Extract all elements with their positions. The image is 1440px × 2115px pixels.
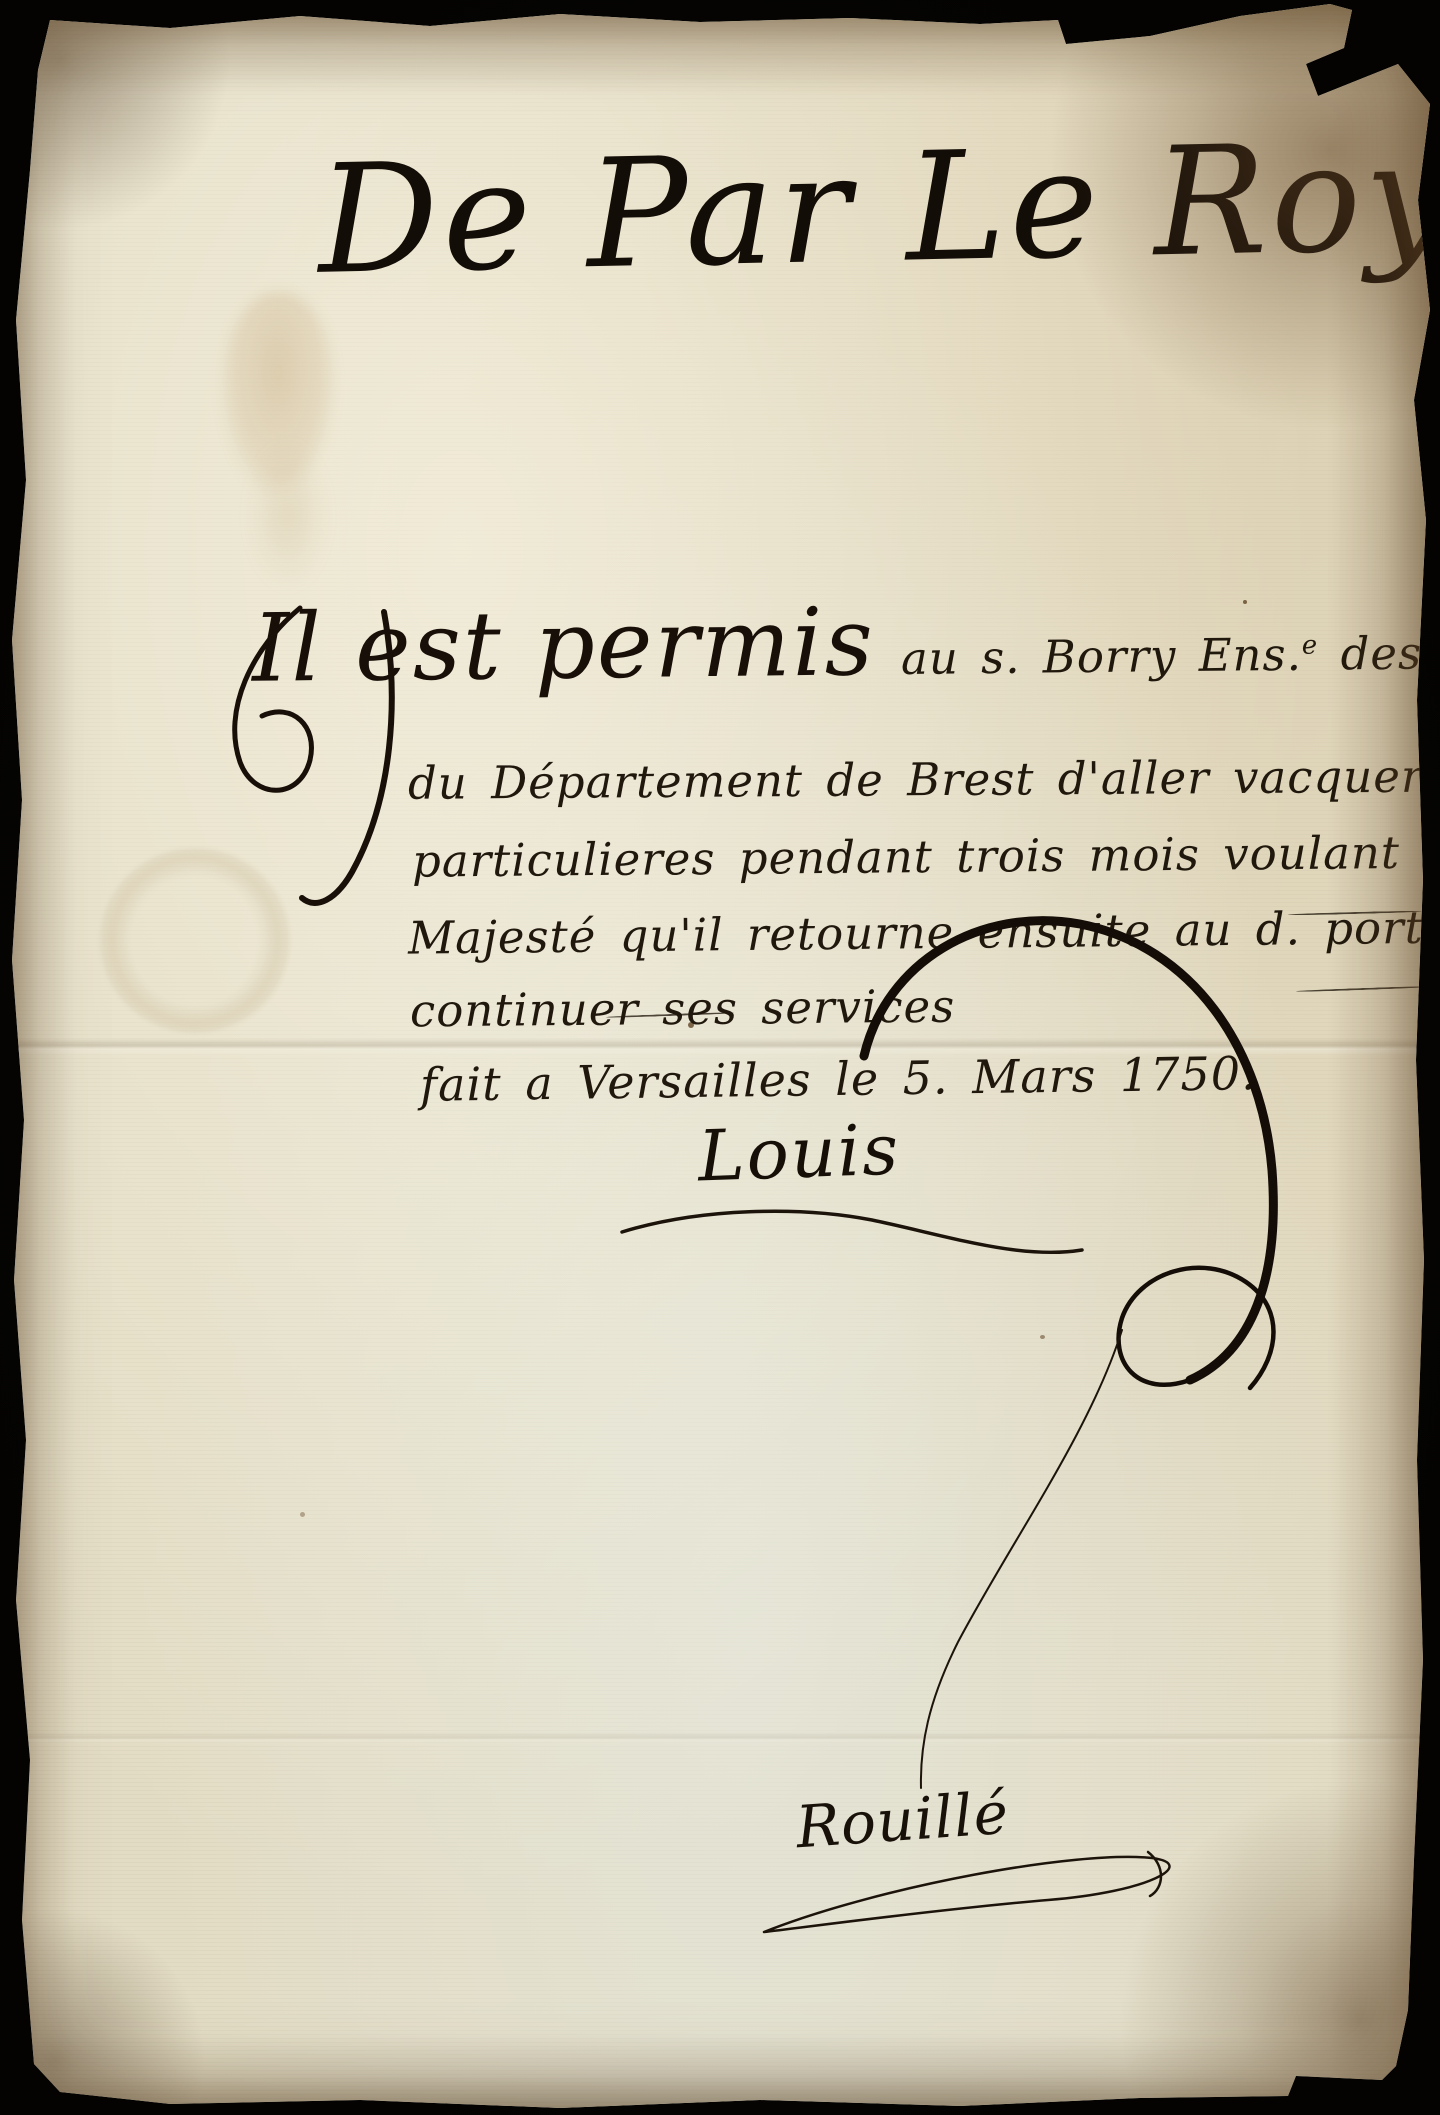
louis-underline-swash xyxy=(622,1211,1082,1252)
opening-phrase: Il est permis xyxy=(251,588,875,704)
ink-speck xyxy=(300,1512,305,1517)
document-page: De Par Le Roy Il est permis au s. Borry … xyxy=(0,0,1440,2115)
paraph-tail xyxy=(921,1330,1122,1788)
body-line-3: particulieres pendant trois mois voulant… xyxy=(412,825,1440,887)
recipient-text: au s. Borry Ens. xyxy=(901,628,1303,685)
pen-dash xyxy=(1296,986,1430,993)
signature-louis: Louis xyxy=(697,1108,902,1197)
body-line-2: du Département de Brest d'aller vacquer … xyxy=(408,747,1440,810)
rouille-underline-swash xyxy=(764,1857,1170,1932)
royal-header: De Par Le Roy xyxy=(316,110,1440,308)
ink-speck xyxy=(1040,1335,1045,1339)
paraph-loop xyxy=(1119,1268,1274,1388)
paper-stain-top-left xyxy=(222,292,334,492)
water-stain-ring xyxy=(100,848,290,1033)
fold-crease-lower xyxy=(14,1732,1426,1744)
body-line-opening: Il est permis au s. Borry Ens.e des V.au… xyxy=(251,581,1440,704)
photograph-background: De Par Le Roy Il est permis au s. Borry … xyxy=(0,0,1440,2115)
recipient-text-2: des V. xyxy=(1318,626,1440,681)
paper-stain-tail xyxy=(248,440,328,590)
superscript-abbrev: e xyxy=(1302,631,1319,661)
body-line-5: continuer ses services xyxy=(410,980,956,1038)
date-line: fait a Versailles le 5. Mars 1750. xyxy=(420,1046,1257,1112)
body-line-4: Majesté qu'il retourne ensuite au d. por… xyxy=(408,900,1440,964)
rouille-hook xyxy=(1148,1852,1161,1896)
recipient-phrase: au s. Borry Ens.e des V.aux. xyxy=(901,625,1440,685)
signature-rouille: Rouillé xyxy=(794,1779,1011,1862)
